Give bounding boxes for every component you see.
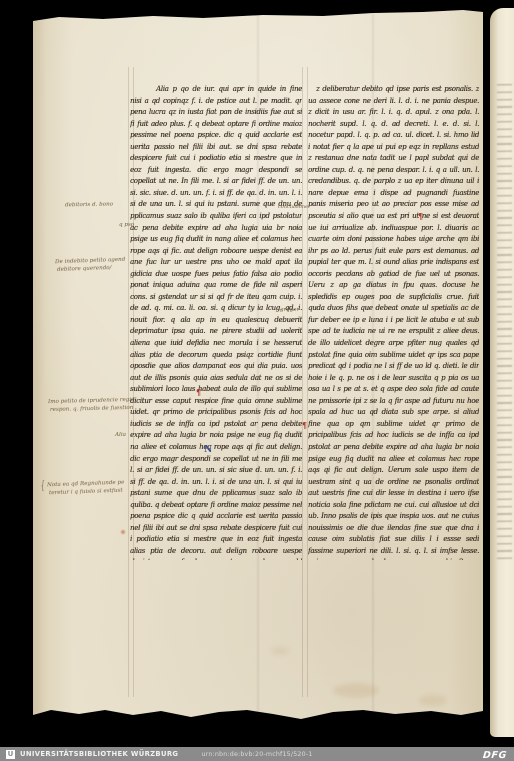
marginal-note: debitoris d. bono xyxy=(65,202,113,209)
rubric-dot xyxy=(121,530,125,534)
ruling-line xyxy=(302,67,303,697)
rubric-paraph-mark: ¶ xyxy=(302,421,307,429)
urn-label: urn:nbn:de:bvb:20-mchf15/520-1 xyxy=(0,747,514,761)
rubric-paraph-mark: ¶ xyxy=(418,212,423,220)
parchment-stain xyxy=(419,695,447,706)
parchment-stain xyxy=(271,647,289,655)
gutter-note: gregor xyxy=(280,307,299,314)
ruling-line xyxy=(128,67,129,697)
gutter-note: conclusione xyxy=(278,204,308,211)
brace-glyph: { xyxy=(41,480,45,494)
marginal-note: Alia xyxy=(115,432,126,439)
gutter-shadow xyxy=(483,7,490,737)
parchment-stain xyxy=(333,683,379,698)
marginal-note: respon. q. friuolis de fuestion xyxy=(50,405,134,414)
manuscript-page: Alia p qo de iur. qui apr in quide in fi… xyxy=(33,7,483,719)
text-column-left: Alia p qo de iur. qui apr in quide in fi… xyxy=(130,84,302,560)
blue-initial-letter: N xyxy=(204,446,212,455)
marginal-note: teretur i q fuislo si estfust xyxy=(49,488,123,497)
marginal-note: De indebito petito agend xyxy=(55,257,126,266)
facing-page-showthrough-text xyxy=(497,84,512,562)
dfg-logo: DFG xyxy=(482,748,507,761)
caption-bar: U UNIVERSITÄTSBIBLIOTHEK WÜRZBURG urn:nb… xyxy=(0,747,514,761)
marginal-note: debitore querendo/ xyxy=(57,265,112,273)
marginal-note-brace: { xyxy=(41,484,46,491)
marginal-note: q pso xyxy=(119,222,134,229)
rubric-paraph-mark: ¶ xyxy=(196,388,201,396)
scan-viewport: Alia p qo de iur. qui apr in quide in fi… xyxy=(0,0,514,761)
text-column-right: z deliberatur debito qd ipse paris est p… xyxy=(308,84,479,560)
